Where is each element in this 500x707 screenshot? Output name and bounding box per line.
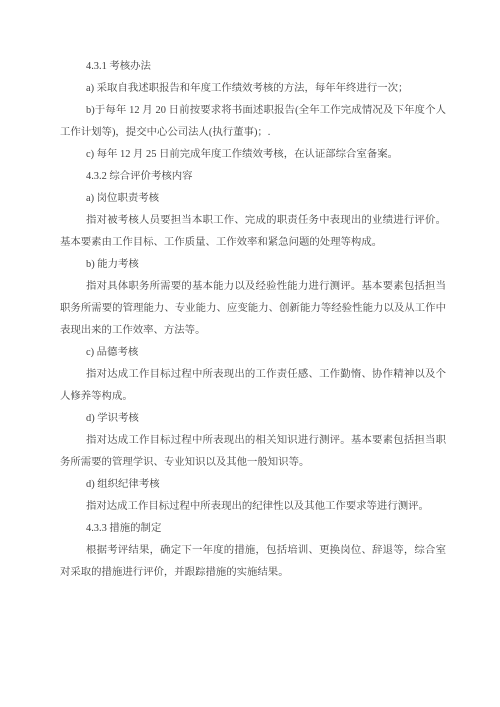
list-item: d) 学识考核 xyxy=(60,408,446,430)
list-item: a) 岗位职责考核 xyxy=(60,188,446,210)
body-paragraph: 指对达成工作目标过程中所表现出的纪律性以及其他工作要求等进行测评。 xyxy=(60,496,446,518)
list-item: d) 组织纪律考核 xyxy=(60,474,446,496)
body-paragraph: 指对被考核人员要担当本职工作、完成的职责任务中表现出的业绩进行评价。基本要素由工… xyxy=(60,210,446,254)
body-paragraph: 指对具体职务所需要的基本能力以及经验性能力进行测评。基本要素包括担当职务所需要的… xyxy=(60,276,446,342)
list-item: c) 每年 12 月 25 日前完成年度工作绩效考核，在认证部综合室备案。 xyxy=(60,144,446,166)
list-item: b) 能力考核 xyxy=(60,254,446,276)
document-page: 4.3.1 考核办法a) 采取自我述职报告和年度工作绩效考核的方法，每年年终进行… xyxy=(0,0,500,707)
body-paragraph: 根据考评结果，确定下一年度的措施，包括培训、更换岗位、辞退等，综合室对采取的措施… xyxy=(60,540,446,584)
list-item: b)于每年 12 月 20 日前按要求将书面述职报告(全年工作完成情况及下年度个… xyxy=(60,100,446,144)
list-item: a) 采取自我述职报告和年度工作绩效考核的方法，每年年终进行一次； xyxy=(60,78,446,100)
section-heading: 4.3.2 综合评价考核内容 xyxy=(60,166,446,188)
body-paragraph: 指对达成工作目标过程中所表现出的相关知识进行测评。基本要素包括担当职务所需要的管… xyxy=(60,430,446,474)
body-paragraph: 指对达成工作目标过程中所表现出的工作责任感、工作勤惰、协作精神以及个人修养等构成… xyxy=(60,364,446,408)
list-item: c) 品德考核 xyxy=(60,342,446,364)
section-heading: 4.3.1 考核办法 xyxy=(60,56,446,78)
section-heading: 4.3.3 措施的制定 xyxy=(60,518,446,540)
document-content: 4.3.1 考核办法a) 采取自我述职报告和年度工作绩效考核的方法，每年年终进行… xyxy=(60,56,446,584)
